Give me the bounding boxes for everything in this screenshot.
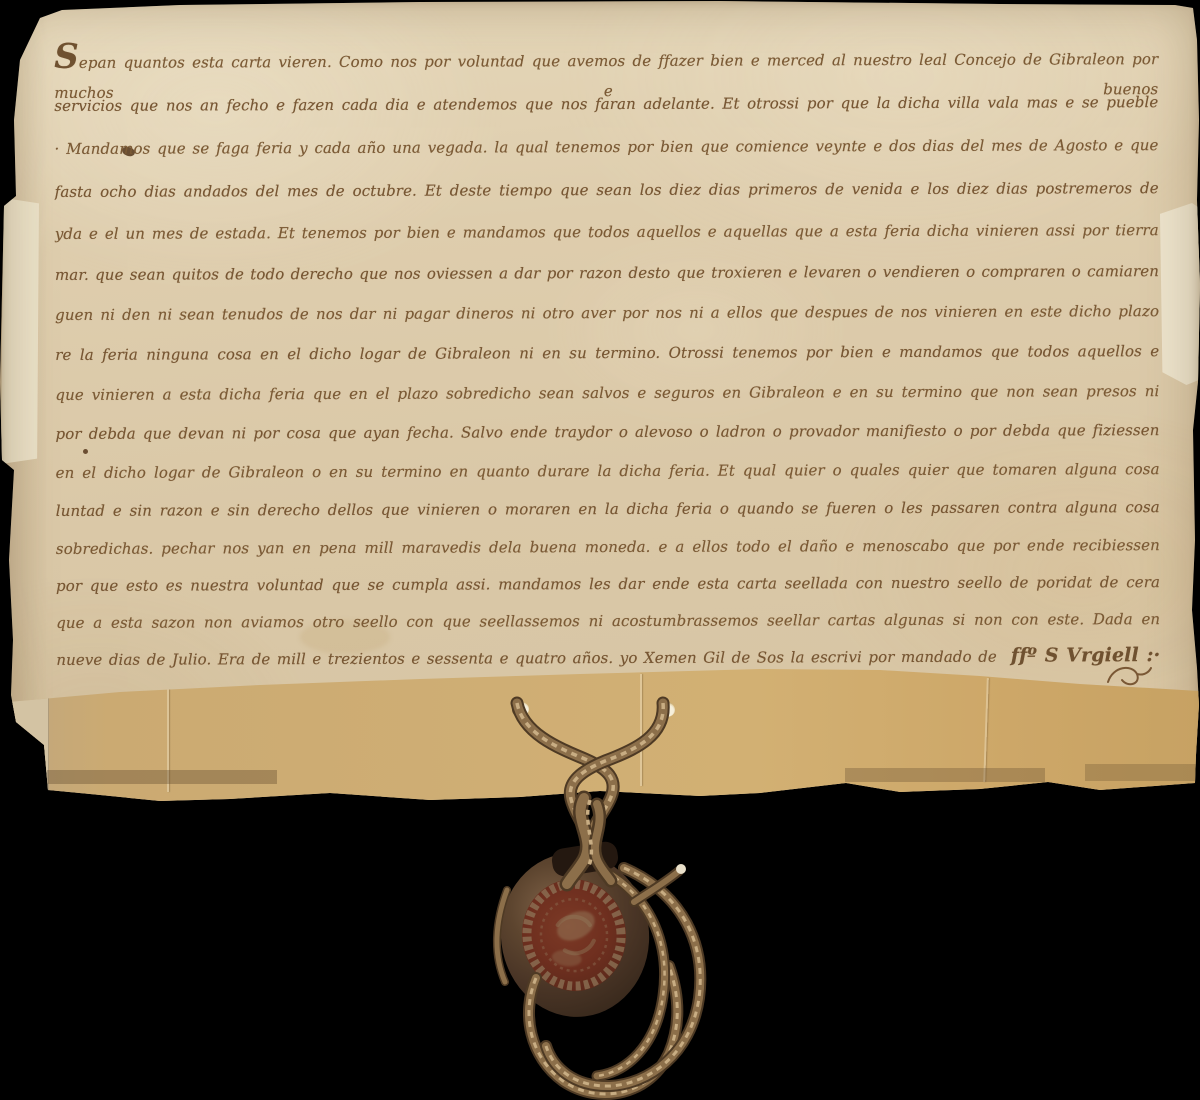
text-line-4: fasta ocho dias andados del mes de octub… [55, 173, 1159, 210]
text-line-6: mar. que sean quitos de todo derecho que… [55, 256, 1159, 293]
text-line-1: Sepan quantos esta carta vieren. Como no… [54, 44, 1158, 81]
text-line-12: luntad e sin razon e sin derecho dellos … [56, 492, 1160, 529]
text-line-16: nueve dias de Julio. Era de mill e trezi… [56, 640, 1160, 677]
fold-edge-shadow [1085, 764, 1197, 781]
charter-photograph: Sepan quantos esta carta vieren. Como no… [0, 0, 1200, 1100]
plica-left-section [8, 687, 49, 791]
scribal-flourish-icon [1104, 662, 1154, 692]
fold-crease [640, 674, 642, 786]
seal-cord-hole-right [657, 701, 676, 719]
text-line-5: yda e el un mes de estada. Et tenemos po… [55, 215, 1159, 252]
text-line-2: servicios que nos an fecho e fazen cada … [54, 87, 1158, 124]
text-line-13: sobredichas. pechar nos yan en pena mill… [56, 530, 1160, 567]
text-line-8: re la feria ninguna cosa en el dicho log… [55, 336, 1159, 373]
text-line-16-body: nueve dias de Julio. Era de mill e trezi… [56, 642, 997, 677]
text-line-14: por que esto es nuestra voluntad que se … [56, 567, 1160, 604]
fold-crease [983, 678, 989, 782]
text-line-10: por debda que devan ni por cosa que ayan… [55, 415, 1159, 452]
fold-edge-shadow [47, 770, 277, 784]
text-line-11: en el dicho logar de Gibraleon o en su t… [56, 454, 1160, 491]
text-line-7: guen ni den ni sean tenudos de nos dar n… [55, 296, 1159, 333]
fold-edge-shadow [845, 768, 1045, 782]
text-line-9: que vinieren a esta dicha feria que en e… [55, 376, 1159, 413]
seal-cord-hole-left [511, 700, 531, 718]
text-line-15: que a esta sazon non aviamos otro seello… [56, 604, 1160, 641]
text-line-3: · Mandamos que se faga feria y cada año … [54, 130, 1158, 167]
